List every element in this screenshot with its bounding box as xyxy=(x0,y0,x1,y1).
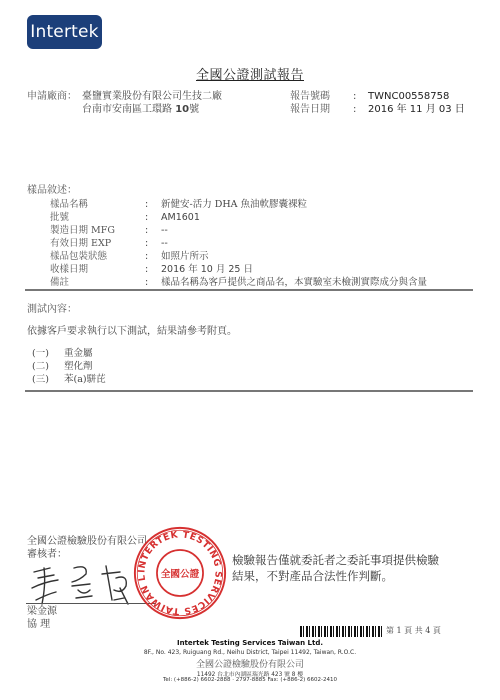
signer-name: 梁金源 xyxy=(27,605,57,618)
address-number: 10 xyxy=(175,104,189,115)
svg-text:全國公證: 全國公證 xyxy=(161,568,200,580)
disclaimer-line: 檢驗報告僅就委託者之委託事項提供檢驗 xyxy=(232,552,439,568)
test-item: (三)苯(a)駢芘 xyxy=(32,373,106,386)
sample-row-mfg: 製造日期 MFG:-- xyxy=(50,224,168,237)
row-value: -- xyxy=(161,237,168,250)
sample-row-received: 收樣日期:2016 年 10 月 25 日 xyxy=(50,263,253,276)
footer-company-en: Intertek Testing Services Taiwan Ltd. xyxy=(0,639,500,647)
report-date-label: 報告日期 xyxy=(290,103,330,116)
row-key: 樣品包裝狀態 xyxy=(50,250,145,263)
row-key: 收樣日期 xyxy=(50,263,145,276)
report-date: 2016 年 11 月 03 日 xyxy=(368,103,465,116)
colon: : xyxy=(145,263,161,276)
colon: : xyxy=(145,250,161,263)
sample-row-name: 樣品名稱:新健安-活力 DHA 魚油軟膠囊裸粒 xyxy=(50,198,307,211)
test-item: (一)重金屬 xyxy=(32,347,93,360)
sample-row-batch: 批號:AM1601 xyxy=(50,211,200,224)
colon: : xyxy=(353,103,356,116)
signature-company: 全國公證檢驗股份有限公司 xyxy=(27,535,147,548)
row-value: 新健安-活力 DHA 魚油軟膠囊裸粒 xyxy=(161,198,307,211)
colon: : xyxy=(145,276,161,289)
colon: : xyxy=(353,90,356,103)
row-key: 有效日期 EXP xyxy=(50,237,145,250)
intertek-logo: Intertek xyxy=(27,15,102,49)
row-value: 樣品名稱為客戶提供之商品名，本實驗室未檢測實際成分與含量 xyxy=(161,276,427,289)
test-num: (一) xyxy=(32,347,64,360)
address-suffix: 號 xyxy=(189,104,199,115)
tests-heading: 測試內容： xyxy=(27,303,77,316)
disclaimer: 檢驗報告僅就委託者之委託事項提供檢驗 結果，不對產品合法性作判斷。 xyxy=(232,552,439,584)
applicant-address: 台南市安南區工環路 10號 xyxy=(82,103,199,116)
test-name: 塑化劑 xyxy=(64,360,93,373)
colon: : xyxy=(145,211,161,224)
sample-heading: 樣品敘述： xyxy=(27,184,77,197)
colon: : xyxy=(145,198,161,211)
test-name: 重金屬 xyxy=(64,347,93,360)
tests-intro: 依據客戶要求執行以下測試，結果請參考附頁。 xyxy=(27,325,237,338)
row-value: AM1601 xyxy=(161,211,200,224)
address-street: 台南市安南區工環路 xyxy=(82,104,172,115)
sample-row-exp: 有效日期 EXP:-- xyxy=(50,237,168,250)
footer-address-en: 8F., No. 423, Ruiguang Rd., Neihu Distri… xyxy=(0,649,500,656)
barcode xyxy=(300,626,382,637)
test-item: (二)塑化劑 xyxy=(32,360,93,373)
test-num: (三) xyxy=(32,373,64,386)
report-title: 全國公證測試報告 xyxy=(0,64,500,83)
disclaimer-line: 結果，不對產品合法性作判斷。 xyxy=(232,568,439,584)
row-key: 批號 xyxy=(50,211,145,224)
row-key: 製造日期 MFG xyxy=(50,224,145,237)
signer-title: 協 理 xyxy=(27,618,50,631)
divider xyxy=(25,390,473,392)
row-key: 備註 xyxy=(50,276,145,289)
row-value: 2016 年 10 月 25 日 xyxy=(161,263,253,276)
divider xyxy=(25,289,473,291)
row-value: 如照片所示 xyxy=(161,250,209,263)
sample-row-remarks: 備註:樣品名稱為客戶提供之商品名，本實驗室未檢測實際成分與含量 xyxy=(50,276,427,289)
company-seal-stamp: INTERTEK TESTING SERVICES TAIWAN LTD. 全國… xyxy=(132,525,228,621)
sample-row-packaging: 樣品包裝狀態:如照片所示 xyxy=(50,250,209,263)
page-indicator: 第 1 頁 共 4 頁 xyxy=(386,625,441,636)
footer-contact: Tel: (+886-2) 6602-2888 · 2797-8885 Fax:… xyxy=(0,677,500,683)
test-num: (二) xyxy=(32,360,64,373)
colon: : xyxy=(145,224,161,237)
applicant-name: 臺鹽實業股份有限公司生技二廠 xyxy=(82,90,222,103)
applicant-label: 申請廠商： xyxy=(27,90,77,103)
test-name: 苯(a)駢芘 xyxy=(64,373,106,386)
row-value: -- xyxy=(161,224,168,237)
colon: : xyxy=(145,237,161,250)
report-number-label: 報告號碼 xyxy=(290,90,330,103)
row-key: 樣品名稱 xyxy=(50,198,145,211)
report-number: TWNC00558758 xyxy=(368,90,449,103)
